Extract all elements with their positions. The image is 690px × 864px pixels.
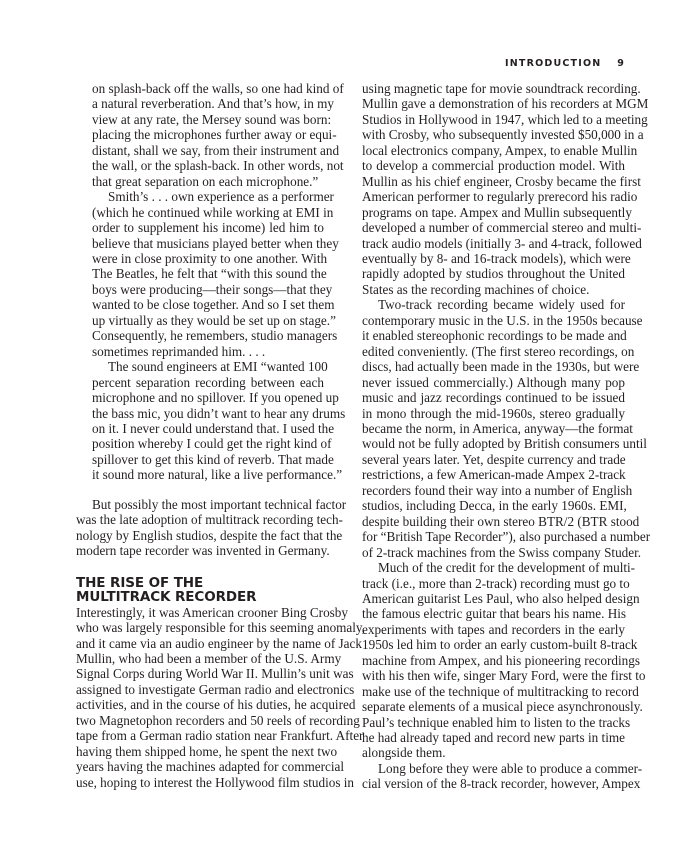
text-line: Interestingly, it was American crooner B… [76,605,324,620]
text-line: The Beatles, he felt that “with this sou… [92,266,324,281]
text-line: of 2-track machines from the Swiss compa… [362,545,625,560]
text-line: But possibly the most important technica… [76,497,324,512]
quote-paragraph-1: on splash-back off the walls, so one had… [92,81,324,189]
text-line: never issued commercially.) Although man… [362,375,625,390]
text-line: became the norm, in America, anyway—the … [362,421,625,436]
quote-paragraph-3: The sound engineers at EMI “wanted 100pe… [92,359,324,483]
text-line: discs, had actually been made in the 193… [362,359,625,374]
paragraph-crosby: Interestingly, it was American crooner B… [76,605,324,790]
text-line: track (i.e., more than 2-track) recordin… [362,576,625,591]
text-line: machine from Ampex, and his pioneering r… [362,653,625,668]
text-line: wanted to be close together. And so I se… [92,297,324,312]
text-line: Paul’s technique enabled him to listen t… [362,715,625,730]
text-line: order to supplement his income) led him … [92,220,324,235]
text-line: rapidly adopted by studios throughout th… [362,266,625,281]
text-line: make use of the technique of multitracki… [362,684,625,699]
text-line: up virtually as they would be set up on … [92,313,324,328]
text-line: several years later. Yet, despite curren… [362,452,625,467]
text-line: and it came via an audio engineer by the… [76,636,324,651]
paragraph-les-paul: Much of the credit for the development o… [362,560,625,761]
text-line: with Crosby, who subsequently invested $… [362,127,625,142]
text-line: to develop a commercial production model… [362,158,625,173]
text-line: assigned to investigate German radio and… [76,682,324,697]
text-line: 1950s led him to order an early custom-b… [362,637,625,652]
page-number: 9 [617,58,625,69]
text-line: sometimes reprimanded him. . . . [92,344,324,359]
text-line: developed a number of commercial stereo … [362,220,625,235]
text-line: two Magnetophon recorders and 50 reels o… [76,713,324,728]
text-line: microphone and no spillover. If you open… [92,390,324,405]
text-line: recorders found their way into a number … [362,483,625,498]
text-line: American guitarist Les Paul, who also he… [362,591,625,606]
text-line: American performer to regularly prerecor… [362,189,625,204]
text-line: tape from a German radio station near Fr… [76,728,324,743]
text-line: would not be fully adopted by British co… [362,436,625,451]
text-line: modern tape recorder was invented in Ger… [76,543,324,558]
text-line: Two-track recording became widely used f… [362,297,625,312]
paragraph-mullin: using magnetic tape for movie soundtrack… [362,81,625,297]
left-column: on splash-back off the walls, so one had… [76,81,324,790]
text-line: on splash-back off the walls, so one had… [92,81,324,96]
text-line: it enabled stereophonic recordings to be… [362,328,625,343]
text-line: Mullin, who had been a member of the U.S… [76,651,324,666]
text-line: The sound engineers at EMI “wanted 100 [92,359,324,374]
text-line: that great separation on each microphone… [92,174,324,189]
text-line: he had already taped and record new part… [362,730,625,745]
running-head: INTRODUCTION 9 [505,55,625,71]
text-line: a natural reverberation. And that’s how,… [92,96,324,111]
text-line: nology by English studios, despite the f… [76,528,324,543]
text-line: restrictions, a few American-made Ampex … [362,467,625,482]
text-line: activities, and in the course of his dut… [76,697,324,712]
quote-paragraph-2: Smith’s . . . own experience as a perfor… [92,189,324,359]
section-heading-line-2: MULTITRACK RECORDER [76,590,324,605]
text-line: boys were producing—their songs—that the… [92,282,324,297]
text-line: for “British Tape Recorder”), also purch… [362,529,625,544]
text-line: Signal Corps during World War II. Mullin… [76,666,324,681]
text-line: despite building their own stereo BTR/2 … [362,514,625,529]
text-line: Smith’s . . . own experience as a perfor… [92,189,324,204]
running-head-section: INTRODUCTION [505,58,601,69]
right-column: using magnetic tape for movie soundtrack… [362,81,625,792]
text-line: percent separation recording between eac… [92,375,324,390]
text-line: (which he continued while working at EMI… [92,205,324,220]
section-heading: THE RISE OF THE MULTITRACK RECORDER [76,576,324,605]
text-line: position whereby I could get the right k… [92,436,324,451]
text-line: it sound more natural, like a live perfo… [92,467,324,482]
text-line: experiments with tapes and recorders in … [362,622,625,637]
text-line: in mono through the mid-1960s, stereo gr… [362,406,625,421]
text-line: track audio models (initially 3- and 4-t… [362,236,625,251]
text-line: view at any rate, the Mersey sound was b… [92,112,324,127]
text-line: years having the machines adapted for co… [76,759,324,774]
text-line: using magnetic tape for movie soundtrack… [362,81,625,96]
text-line: who was largely responsible for this see… [76,620,324,635]
text-line: Mullin gave a demonstration of his recor… [362,96,625,111]
text-line: eventually by 8- and 16-track models), w… [362,251,625,266]
text-line: Mullin as his chief engineer, Crosby bec… [362,174,625,189]
text-line: Consequently, he remembers, studio manag… [92,328,324,343]
text-line: believe that musicians played better whe… [92,236,324,251]
text-line: studios, including Decca, in the early 1… [362,498,625,513]
block-quote: on splash-back off the walls, so one had… [92,81,324,483]
text-line: distant, shall we say, from their instru… [92,143,324,158]
text-line: spillover to get this kind of reverb. Th… [92,452,324,467]
text-line: the famous electric guitar that bears hi… [362,606,625,621]
text-line: was the late adoption of multitrack reco… [76,512,324,527]
spacer [76,559,324,576]
text-line: edited conveniently. (The first stereo r… [362,344,625,359]
text-line: Studios in Hollywood in 1947, which led … [362,112,625,127]
paragraph-long-before: Long before they were able to produce a … [362,761,625,792]
text-line: local electronics company, Ampex, to ena… [362,143,625,158]
text-line: having them shipped home, he spent the n… [76,744,324,759]
text-line: separate elements of a musical piece asy… [362,699,625,714]
text-line: on it. I never could understand that. I … [92,421,324,436]
paragraph-technical-factor: But possibly the most important technica… [76,497,324,559]
spacer [76,483,324,497]
text-line: contemporary music in the U.S. in the 19… [362,313,625,328]
text-line: the wall, or the splash-back. In other w… [92,158,324,173]
text-line: music and jazz recordings continued to b… [362,390,625,405]
text-line: States as the recording machines of choi… [362,282,625,297]
text-line: alongside them. [362,745,625,760]
text-line: with his then wife, singer Mary Ford, we… [362,668,625,683]
text-line: Much of the credit for the development o… [362,560,625,575]
text-line: Long before they were able to produce a … [362,761,625,776]
text-line: were in close proximity to one another. … [92,251,324,266]
text-line: cial version of the 8-track recorder, ho… [362,776,625,791]
text-line: use, hoping to interest the Hollywood fi… [76,775,324,790]
section-heading-line-1: THE RISE OF THE [76,576,324,591]
text-line: placing the microphones further away or … [92,127,324,142]
paragraph-two-track: Two-track recording became widely used f… [362,297,625,560]
text-line: the bass mic, you didn’t want to hear an… [92,406,324,421]
text-line: programs on tape. Ampex and Mullin subse… [362,205,625,220]
